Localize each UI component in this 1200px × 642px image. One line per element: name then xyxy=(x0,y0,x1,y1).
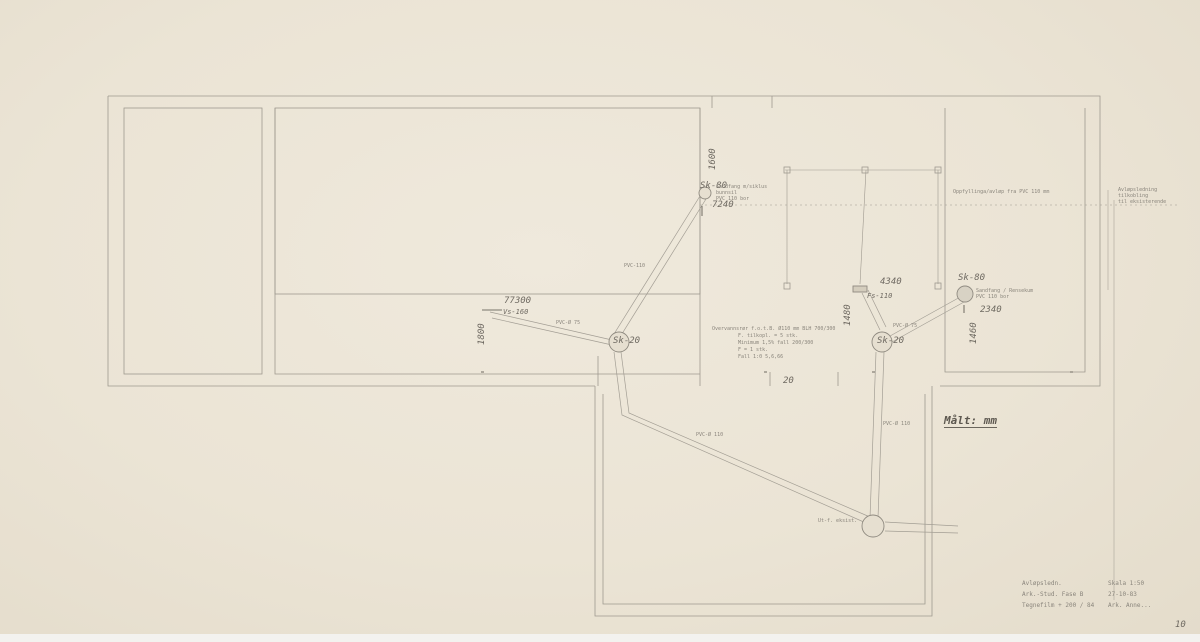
scale-label: Målt: mm xyxy=(944,414,997,428)
dimension-right-b: 1460 xyxy=(969,322,979,344)
gully-left-label: Vs-160 xyxy=(503,308,528,316)
pipe-label: PVC-110 xyxy=(624,263,645,269)
floor-drain-label: Fs-110 xyxy=(867,292,892,300)
far-right-note: Avløpsledning tilkobling til eksisterend… xyxy=(1118,187,1166,205)
annex-inner xyxy=(603,394,925,604)
pipe-pvc110-right xyxy=(870,352,884,518)
pipe-label: PVC-Ø 110 xyxy=(696,432,723,438)
junction-right-label: Sk-20 xyxy=(877,336,904,346)
room-left xyxy=(124,108,262,374)
outlet-label: Ut-f. eksist. xyxy=(818,518,857,524)
title-block-right: Skala 1:50 27-10-83 Ark. Anne... xyxy=(1108,578,1151,611)
floor-drain-symbol xyxy=(853,286,867,292)
title-block-left: Avløpsledn. Ark.-Stud. Fase B Tegnefilm … xyxy=(1022,578,1094,611)
pipe-pvc75-left xyxy=(490,312,612,345)
outer-wall-line xyxy=(108,96,1100,386)
manhole-right-elevation: 2340 xyxy=(980,305,1002,315)
manhole-right-symbol xyxy=(957,286,973,302)
dimension-left: 1800 xyxy=(477,323,487,345)
manhole-top-elevation: 7240 xyxy=(712,200,734,210)
junction-left-label: Sk-20 xyxy=(613,336,640,346)
manhole-right-label: Sk-80 xyxy=(958,273,985,283)
gully-left-elevation: 77300 xyxy=(504,296,531,306)
pipe-outlet xyxy=(885,522,958,533)
pipe-label: PVC-Ø 110 xyxy=(883,421,910,427)
center-note: Overvannsrør f.o.t.B. Ø110 mm BLH 700/30… xyxy=(712,326,835,361)
outlet-symbol xyxy=(862,515,884,537)
floor-drain-elevation: 4340 xyxy=(880,277,902,287)
pipe-label: PVC-Ø 75 xyxy=(556,320,580,326)
manhole-right-note: Sandfang / Rensekum PVC 110 bor xyxy=(976,288,1056,300)
right-note: Oppfyllinga/avløp fra PVC 110 mm xyxy=(953,189,1049,195)
pipe-pvc110-lower xyxy=(614,352,870,523)
drawing-sheet: Sk-80 Sandfang m/siklus bunnsil PVC 110 … xyxy=(0,0,1200,642)
sheet-number: 10 xyxy=(1175,620,1186,630)
room-right xyxy=(945,108,1085,372)
pipe-label: PVC-Ø 75 xyxy=(893,323,917,329)
center-level: 20 xyxy=(783,376,794,386)
plan-drawing xyxy=(0,0,1200,642)
dimension-right-a: 1480 xyxy=(843,304,853,326)
dimension-top: 1600 xyxy=(708,148,718,170)
